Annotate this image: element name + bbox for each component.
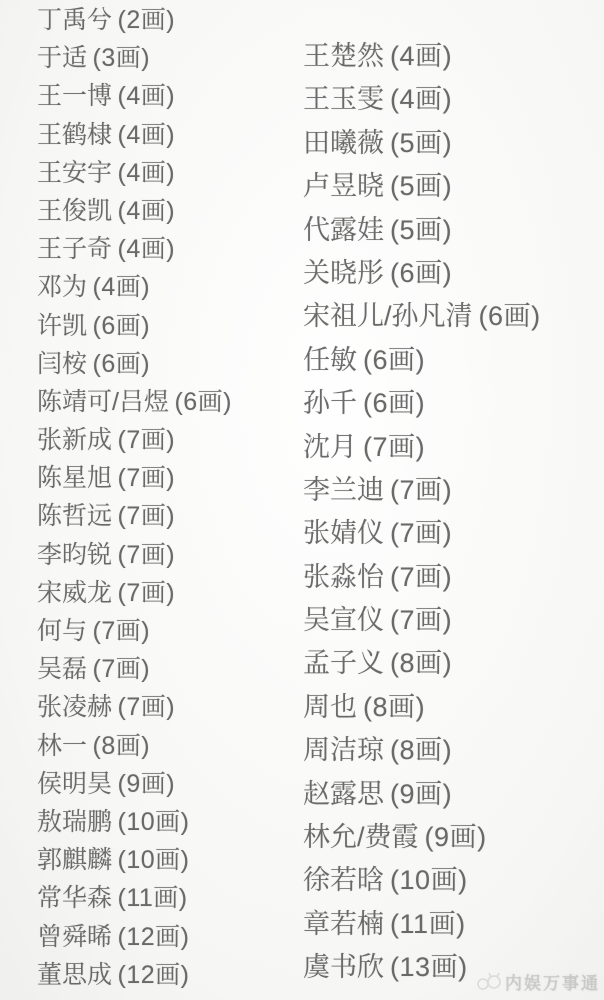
stroke-count: (7画) [118,693,176,721]
name-entry: 徐若晗(10画) [303,859,603,902]
name-entry: 闫桉(6画) [37,345,302,383]
name-entry: 邓为(4画) [37,268,302,306]
celebrity-name: 王玉雯 [303,84,384,114]
celebrity-name: 陈星旭 [37,464,112,492]
stroke-count: (6画) [363,388,425,418]
celebrity-name: 王楚然 [303,41,384,71]
stroke-count: (6画) [93,350,151,378]
stroke-count: (7画) [118,426,176,454]
stroke-count: (7画) [390,562,452,592]
stroke-count: (8画) [93,732,151,760]
name-entry: 任敏(6画) [303,339,603,382]
name-entry: 敖瑞鹏(10画) [37,803,302,841]
celebrity-name: 孟子义 [303,648,384,678]
name-entry: 李昀锐(7画) [37,536,302,574]
stroke-count: (10画) [118,808,190,836]
name-entry: 吴宣仪(7画) [303,599,603,642]
celebrity-name: 王子奇 [37,235,112,263]
name-entry: 孟子义(8画) [303,642,603,685]
celebrity-name: 吴磊 [37,655,87,683]
name-entry: 王楚然(4画) [303,35,603,78]
stroke-count: (7画) [118,502,176,530]
celebrity-name: 侯明昊 [37,770,112,798]
name-entry: 卢昱晓(5画) [303,165,603,208]
stroke-count: (8画) [363,692,425,722]
photo-background: 丁禹兮(2画) 于适(3画) 王一博(4画) 王鹤棣(4画) 王安宇(4画) 王… [0,0,604,1000]
celebrity-name: 吴宣仪 [303,605,384,635]
celebrity-name: 闫桉 [37,350,87,378]
celebrity-name: 张凌赫 [37,693,112,721]
name-entry: 吴磊(7画) [37,650,302,688]
celebrity-name: 敖瑞鹏 [37,808,112,836]
name-entry: 常华森(11画) [37,879,302,917]
celebrity-name: 张新成 [37,426,112,454]
stroke-count: (9画) [118,770,176,798]
celebrity-name: 李昀锐 [37,541,112,569]
celebrity-name: 陈靖可/吕煜 [37,388,169,416]
stroke-count: (4画) [93,273,151,301]
stroke-count: (6画) [390,258,452,288]
name-entry: 侯明昊(9画) [37,765,302,803]
celebrity-name: 丁禹兮 [37,6,112,34]
name-entry: 李兰迪(7画) [303,469,603,512]
name-entry: 张淼怡(7画) [303,556,603,599]
name-entry: 孙千(6画) [303,382,603,425]
name-entry: 宋祖儿/孙凡清(6画) [303,295,603,338]
stroke-count: (7画) [93,617,151,645]
stroke-count: (5画) [390,128,452,158]
name-entry: 林允/费霞(9画) [303,816,603,859]
stroke-count: (9画) [390,779,452,809]
stroke-count: (6画) [93,312,151,340]
celebrity-name: 张婧仪 [303,518,384,548]
name-entry: 董思成(12画) [37,956,302,994]
name-entry: 王俊凯(4画) [37,192,302,230]
stroke-count: (6画) [478,301,540,331]
stroke-list-column-right: 王楚然(4画) 王玉雯(4画) 田曦薇(5画) 卢昱晓(5画) 代露娃(5画) … [303,35,603,990]
celebrity-name: 卢昱晓 [303,171,384,201]
celebrity-name: 王鹤棣 [37,121,112,149]
celebrity-name: 曾舜晞 [37,923,112,951]
name-entry: 关晓彤(6画) [303,252,603,295]
name-entry: 许凯(6画) [37,307,302,345]
celebrity-name: 王俊凯 [37,197,112,225]
stroke-count: (7画) [118,579,176,607]
celebrity-name: 沈月 [303,432,357,462]
celebrity-name: 董思成 [37,961,112,989]
name-entry: 章若楠(11画) [303,903,603,946]
name-entry: 张凌赫(7画) [37,688,302,726]
stroke-count: (12画) [118,961,190,989]
stroke-count: (5画) [390,171,452,201]
stroke-count: (4画) [118,121,176,149]
name-entry: 王一博(4画) [37,77,302,115]
stroke-count: (8画) [390,735,452,765]
celebrity-name: 王安宇 [37,159,112,187]
stroke-count: (4画) [390,84,452,114]
celebrity-name: 虞书欣 [303,952,384,982]
name-entry: 王子奇(4画) [37,230,302,268]
celebrity-name: 张淼怡 [303,562,384,592]
celebrity-name: 何与 [37,617,87,645]
name-entry: 王安宇(4画) [37,154,302,192]
celebrity-name: 林一 [37,732,87,760]
name-entry: 林一(8画) [37,727,302,765]
celebrity-name: 周也 [303,692,357,722]
stroke-count: (11画) [390,909,466,939]
celebrity-name: 林允/费霞 [303,822,419,852]
stroke-count: (10画) [118,846,190,874]
celebrity-name: 孙千 [303,388,357,418]
celebrity-name: 田曦薇 [303,128,384,158]
stroke-count: (10画) [390,865,468,895]
celebrity-name: 代露娃 [303,215,384,245]
stroke-count: (7画) [390,605,452,635]
name-entry: 周也(8画) [303,686,603,729]
stroke-count: (7画) [390,518,452,548]
celebrity-name: 徐若晗 [303,865,384,895]
celebrity-name: 李兰迪 [303,475,384,505]
celebrity-name: 赵露思 [303,779,384,809]
name-entry: 陈哲远(7画) [37,497,302,535]
name-entry: 代露娃(5画) [303,209,603,252]
stroke-count: (6画) [174,388,232,416]
stroke-count: (5画) [390,215,452,245]
stroke-count: (4画) [390,41,452,71]
stroke-count: (7画) [390,475,452,505]
name-entry: 陈靖可/吕煜(6画) [37,383,302,421]
name-entry: 赵露思(9画) [303,773,603,816]
celebrity-name: 周洁琼 [303,735,384,765]
celebrity-name: 陈哲远 [37,502,112,530]
stroke-count: (2画) [118,6,176,34]
stroke-count: (7画) [118,541,176,569]
name-entry: 田曦薇(5画) [303,122,603,165]
watermark-mascot-icon [476,972,502,992]
stroke-count: (9画) [424,822,486,852]
name-entry: 于适(3画) [37,39,302,77]
celebrity-name: 章若楠 [303,909,384,939]
stroke-count: (4画) [118,82,176,110]
name-entry: 曾舜晞(12画) [37,918,302,956]
name-entry: 宋威龙(7画) [37,574,302,612]
celebrity-name: 宋祖儿/孙凡清 [303,301,473,331]
stroke-count: (13画) [390,952,468,982]
stroke-count: (4画) [118,235,176,263]
stroke-count: (12画) [118,923,190,951]
watermark-label: 内娱万事通 [505,969,600,994]
stroke-list-column-left: 丁禹兮(2画) 于适(3画) 王一博(4画) 王鹤棣(4画) 王安宇(4画) 王… [37,1,302,994]
name-entry: 张新成(7画) [37,421,302,459]
name-entry: 张婧仪(7画) [303,512,603,555]
name-entry: 周洁琼(8画) [303,729,603,772]
stroke-count: (7画) [118,464,176,492]
stroke-count: (4画) [118,159,176,187]
celebrity-name: 邓为 [37,273,87,301]
name-entry: 沈月(7画) [303,426,603,469]
name-entry: 郭麒麟(10画) [37,841,302,879]
celebrity-name: 于适 [37,44,87,72]
celebrity-name: 许凯 [37,312,87,340]
stroke-count: (8画) [390,648,452,678]
name-entry: 王鹤棣(4画) [37,116,302,154]
name-entry: 王玉雯(4画) [303,78,603,121]
celebrity-name: 任敏 [303,345,357,375]
watermark: 内娱万事通 [476,969,600,994]
name-entry: 丁禹兮(2画) [37,1,302,39]
name-entry: 陈星旭(7画) [37,459,302,497]
celebrity-name: 郭麒麟 [37,846,112,874]
celebrity-name: 王一博 [37,82,112,110]
stroke-count: (11画) [118,884,188,912]
celebrity-name: 常华森 [37,884,112,912]
stroke-count: (3画) [93,44,151,72]
stroke-count: (7画) [363,432,425,462]
stroke-count: (6画) [363,345,425,375]
celebrity-name: 关晓彤 [303,258,384,288]
stroke-count: (4画) [118,197,176,225]
stroke-count: (7画) [93,655,151,683]
celebrity-name: 宋威龙 [37,579,112,607]
name-entry: 何与(7画) [37,612,302,650]
